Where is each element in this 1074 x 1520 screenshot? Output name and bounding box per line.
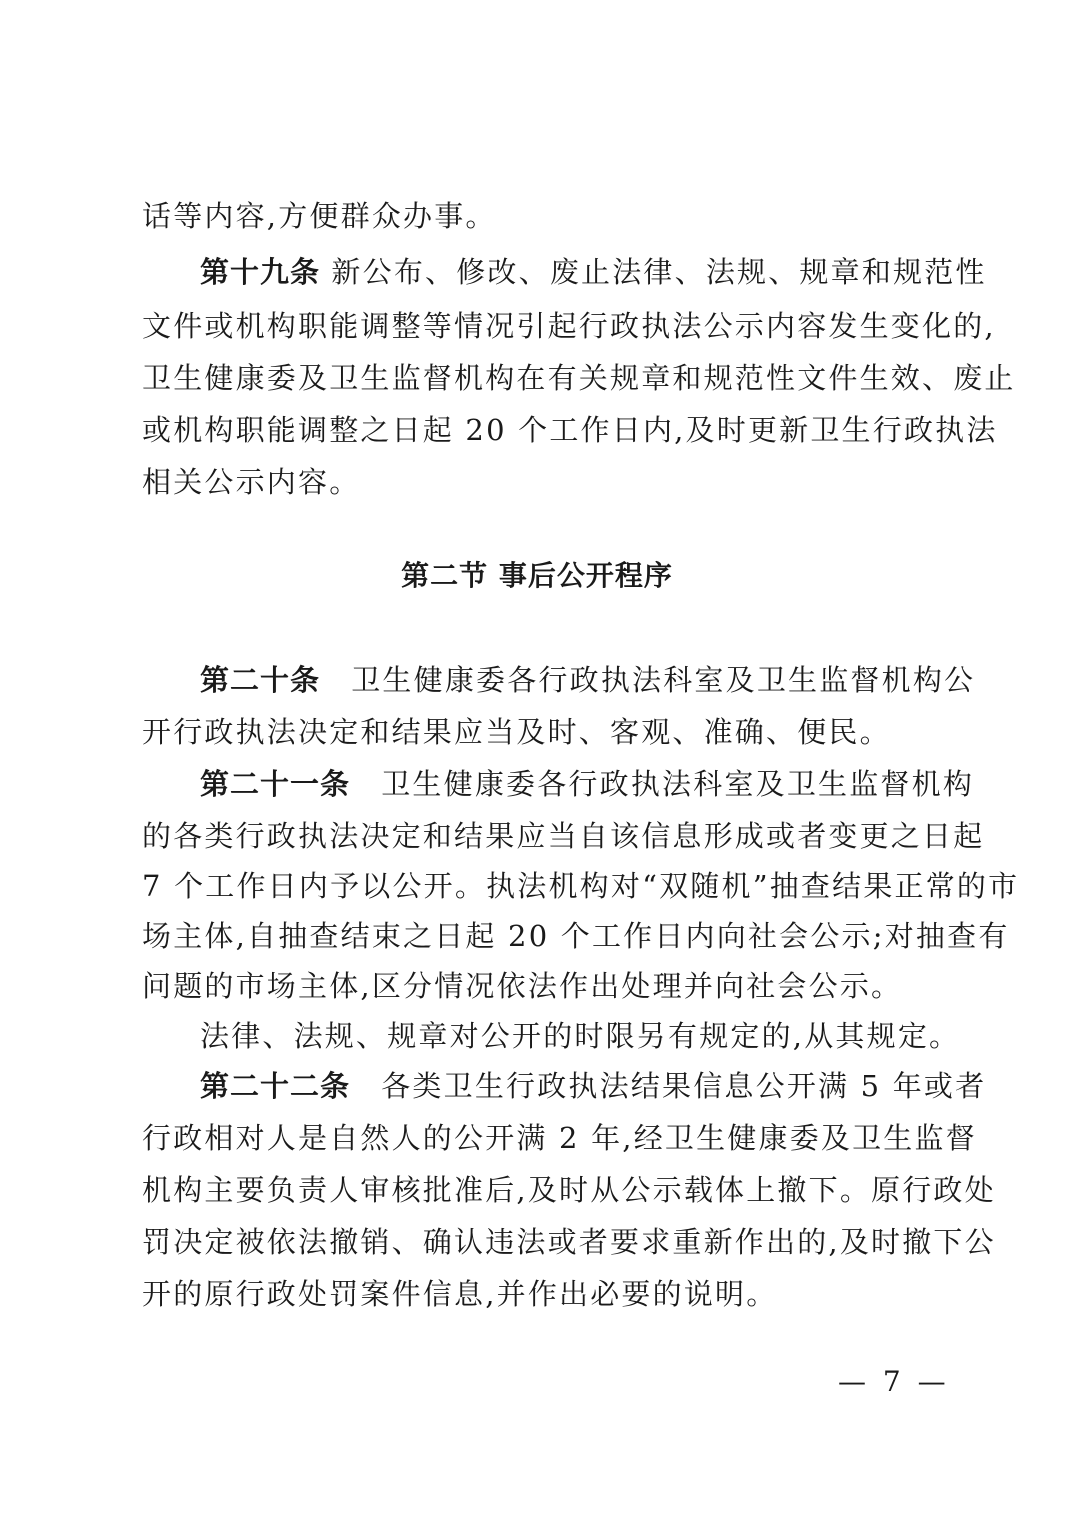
paragraph-line: 开行政执法决定和结果应当及时、客观、准确、便民。	[142, 712, 942, 752]
paragraph-line: 卫生健康委及卫生监督机构在有关规章和规范性文件生效、废止	[142, 358, 942, 398]
line-text: 问题的市场主体,区分情况依法作出处理并向社会公示。	[142, 969, 902, 1003]
line-text: 话等内容,方便群众办事。	[142, 199, 497, 233]
line-text: 行政相对人是自然人的公开满 2 年,经卫生健康委及卫生监督	[142, 1121, 977, 1155]
paragraph-line: 罚决定被依法撤销、确认违法或者要求重新作出的,及时撤下公	[142, 1222, 942, 1262]
article-22-line: 第二十二条 各类卫生行政执法结果信息公开满 5 年或者	[200, 1066, 942, 1106]
line-text: 卫生健康委及卫生监督机构在有关规章和规范性文件生效、废止	[142, 361, 1016, 395]
line-text: 各类卫生行政执法结果信息公开满 5 年或者	[350, 1069, 986, 1103]
paragraph-line: 或机构职能调整之日起 20 个工作日内,及时更新卫生行政执法	[142, 410, 942, 450]
line-text: 相关公示内容。	[142, 465, 360, 499]
line-text: 开的原行政处罚案件信息,并作出必要的说明。	[142, 1277, 777, 1311]
line-text: 或机构职能调整之日起 20 个工作日内,及时更新卫生行政执法	[142, 413, 998, 447]
paragraph-line: 机构主要负责人审核批准后,及时从公示载体上撤下。原行政处	[142, 1170, 942, 1210]
line-text: 新公布、修改、废止法律、法规、规章和规范性	[320, 255, 987, 289]
line-text: 的各类行政执法决定和结果应当自该信息形成或者变更之日起	[142, 819, 984, 853]
article-21-line: 第二十一条 卫生健康委各行政执法科室及卫生监督机构	[200, 764, 942, 804]
article-heading: 第二十二条	[200, 1069, 350, 1103]
line-text: 卫生健康委各行政执法科室及卫生监督机构	[350, 767, 974, 801]
document-page: 话等内容,方便群众办事。 第十九条 新公布、修改、废止法律、法规、规章和规范性 …	[0, 0, 1074, 1520]
article-heading: 第二十一条	[200, 767, 350, 801]
paragraph-line: 场主体,自抽查结束之日起 20 个工作日内向社会公示;对抽查有	[142, 916, 942, 956]
paragraph-line: 7 个工作日内予以公开。执法机构对“双随机”抽查结果正常的市	[142, 866, 942, 906]
article-heading: 第十九条	[200, 255, 320, 289]
paragraph-line: 文件或机构职能调整等情况引起行政执法公示内容发生变化的,	[142, 306, 942, 346]
paragraph-line: 开的原行政处罚案件信息,并作出必要的说明。	[142, 1274, 942, 1314]
paragraph-line: 行政相对人是自然人的公开满 2 年,经卫生健康委及卫生监督	[142, 1118, 942, 1158]
paragraph-line: 的各类行政执法决定和结果应当自该信息形成或者变更之日起	[142, 816, 942, 856]
paragraph-line: 问题的市场主体,区分情况依法作出处理并向社会公示。	[142, 966, 942, 1006]
line-text: 场主体,自抽查结束之日起 20 个工作日内向社会公示;对抽查有	[142, 919, 1010, 953]
line-text: 机构主要负责人审核批准后,及时从公示载体上撤下。原行政处	[142, 1173, 996, 1207]
line-text: 7 个工作日内予以公开。执法机构对“双随机”抽查结果正常的市	[142, 869, 1019, 903]
article-heading: 第二十条	[200, 663, 320, 697]
article-20-line: 第二十条 卫生健康委各行政执法科室及卫生监督机构公	[200, 660, 942, 700]
line-text: 开行政执法决定和结果应当及时、客观、准确、便民。	[142, 715, 891, 749]
paragraph-line: 法律、法规、规章对公开的时限另有规定的,从其规定。	[200, 1016, 942, 1056]
line-text: 文件或机构职能调整等情况引起行政执法公示内容发生变化的,	[142, 309, 996, 343]
line-text: 罚决定被依法撤销、确认违法或者要求重新作出的,及时撤下公	[142, 1225, 996, 1259]
section-title: 第二节 事后公开程序	[0, 556, 1074, 596]
page-number: — 7 —	[838, 1362, 950, 1402]
line-text: 卫生健康委各行政执法科室及卫生监督机构公	[320, 663, 975, 697]
article-19-line: 第十九条 新公布、修改、废止法律、法规、规章和规范性	[200, 252, 942, 292]
paragraph-line: 相关公示内容。	[142, 462, 942, 502]
line-text: 法律、法规、规章对公开的时限另有规定的,从其规定。	[200, 1019, 960, 1053]
paragraph-line: 话等内容,方便群众办事。	[142, 196, 942, 236]
